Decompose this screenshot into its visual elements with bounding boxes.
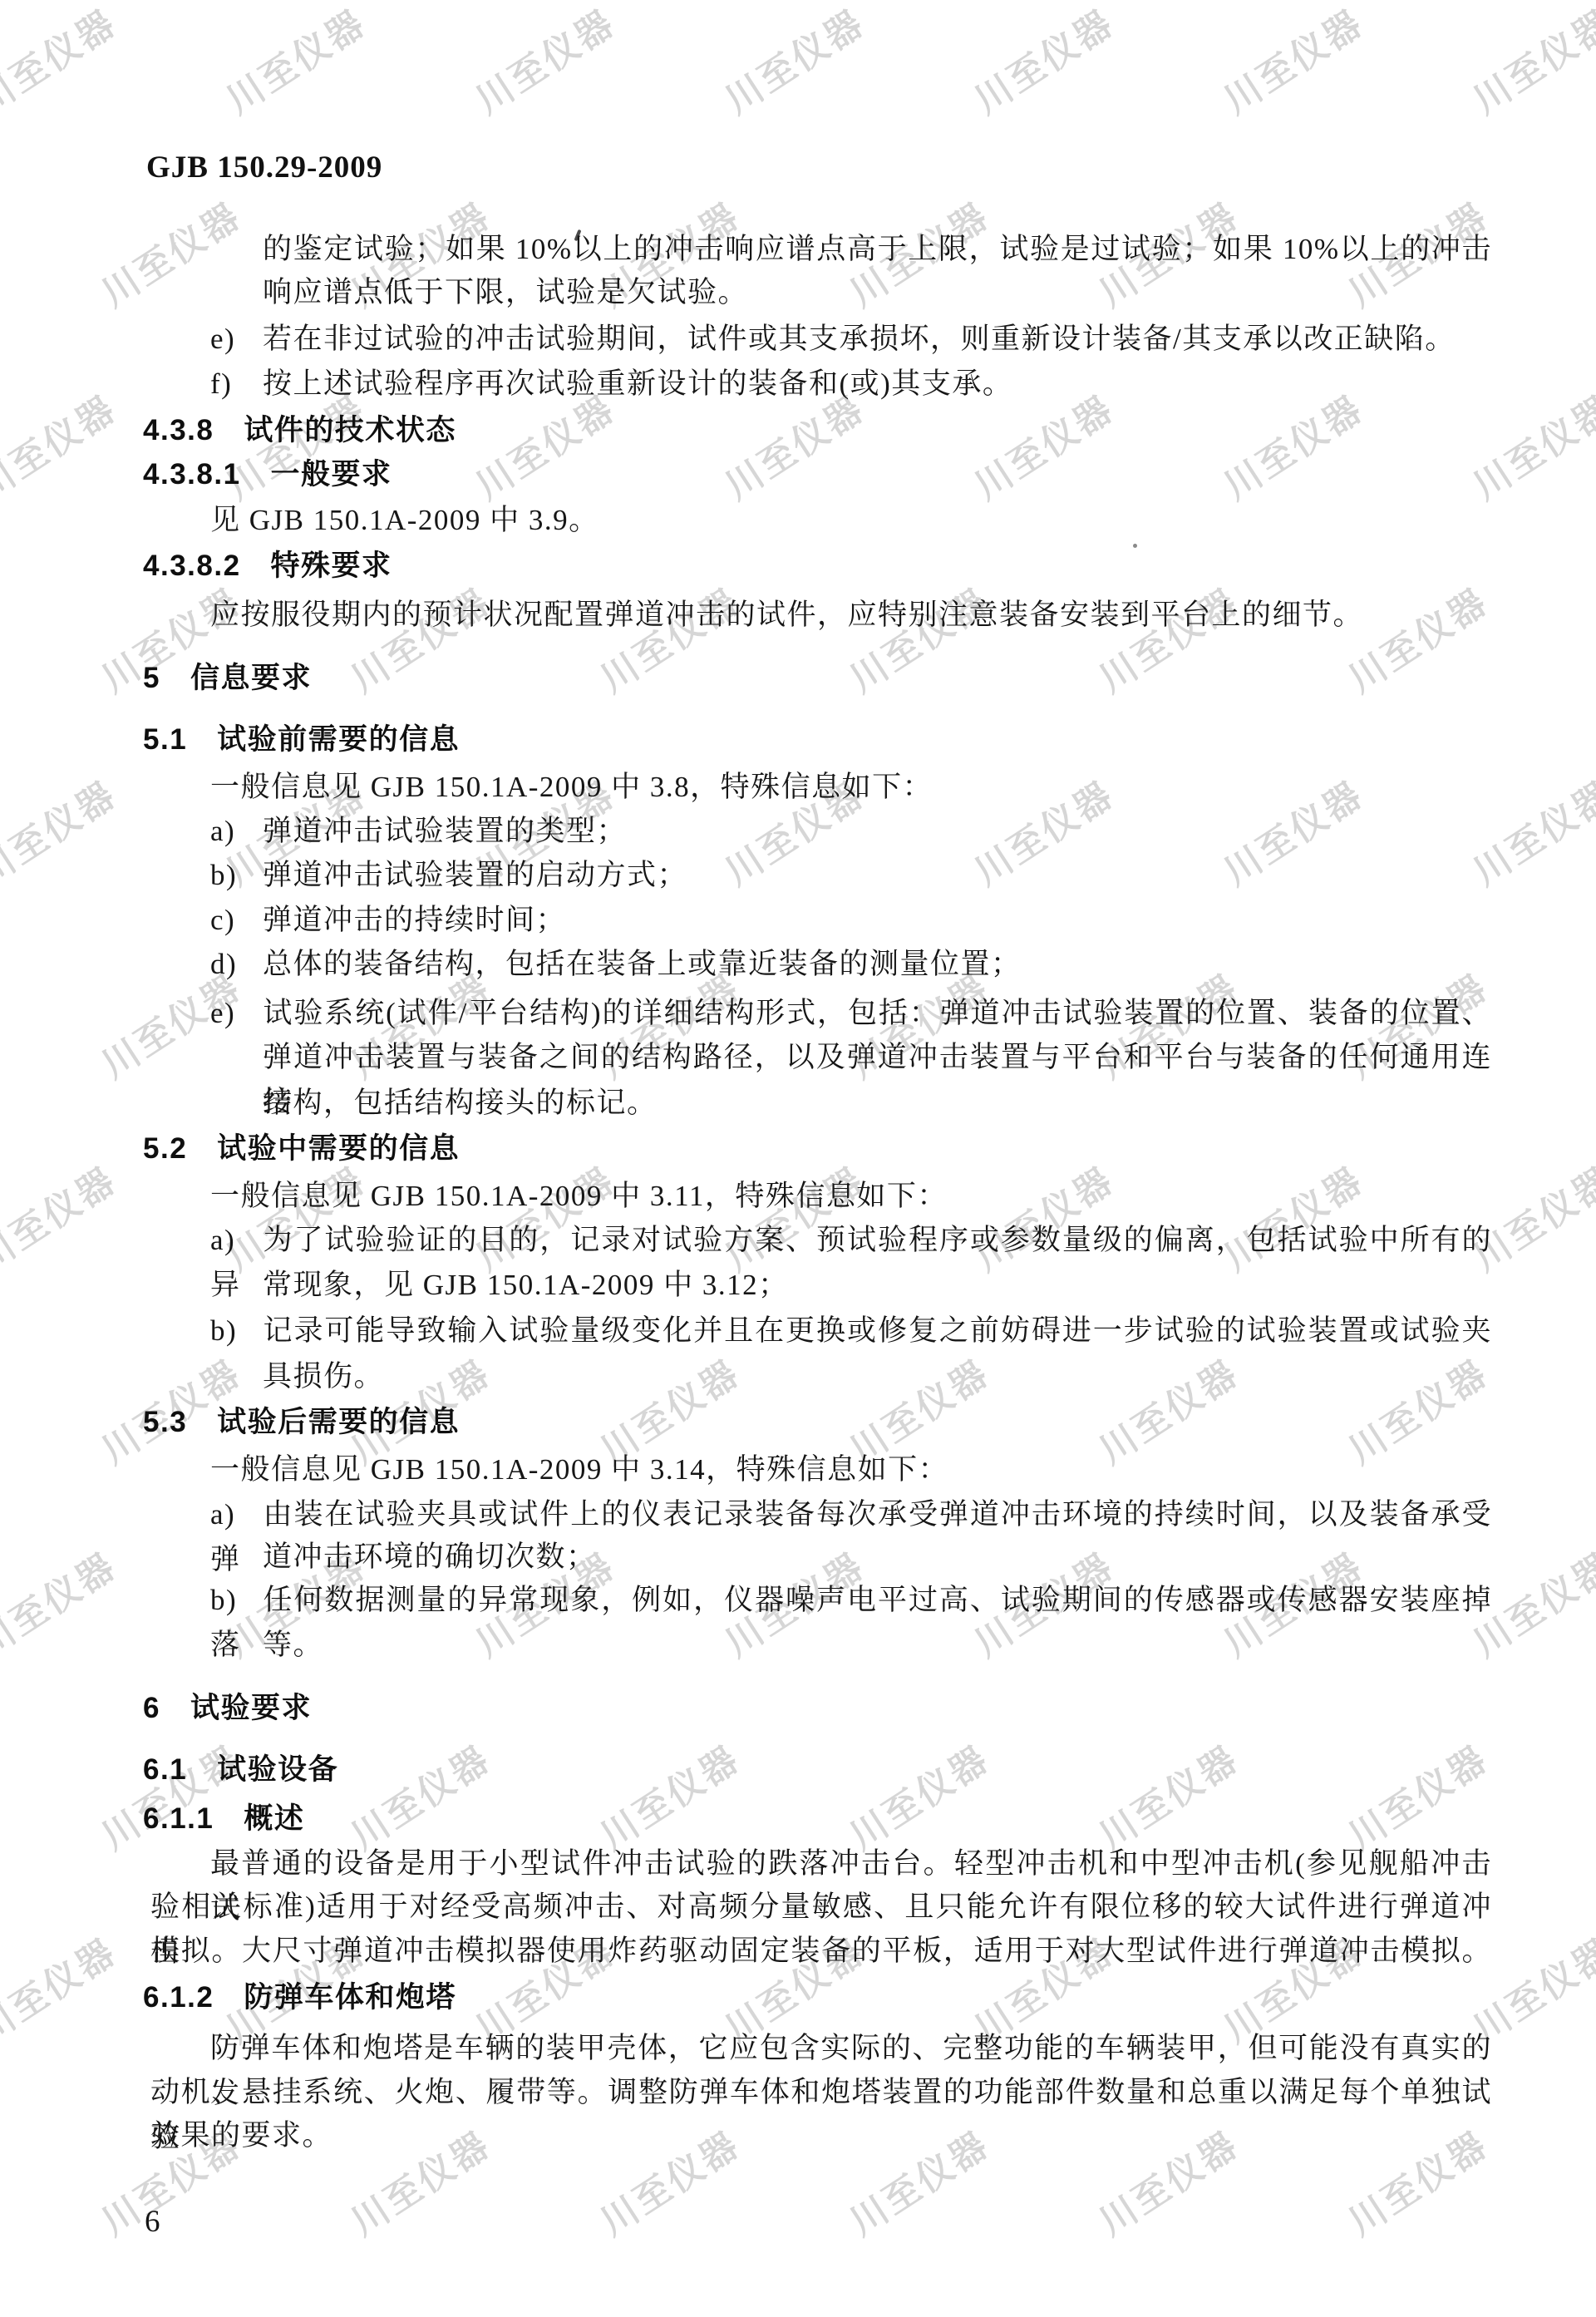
section-title: 试验要求	[190, 1692, 312, 1724]
list-item-label: b)	[210, 853, 263, 898]
section-title: 特殊要求	[271, 550, 392, 582]
list-item-text: 弹道冲击试验装置的类型；	[263, 815, 627, 847]
list-item-label: a)	[210, 1492, 263, 1537]
section-title: 试验前需要的信息	[217, 723, 460, 756]
text-line: 常现象，见 GJB 150.1A-2009 中 3.12；	[263, 1263, 789, 1308]
text-line: 见 GJB 150.1A-2009 中 3.9。	[210, 498, 599, 543]
text-line: c)弹道冲击的持续时间；	[210, 898, 566, 943]
list-item-text: 任何数据测量的异常现象，例如，仪器噪声电平过高、试验期间的传感器或传感器安装座掉…	[210, 1584, 1492, 1661]
list-item-label: a)	[210, 1218, 263, 1263]
section-heading: 6.1.2防弹车体和炮塔	[143, 1975, 456, 2020]
text-line: 一般信息见 GJB 150.1A-2009 中 3.8，特殊信息如下：	[210, 765, 933, 810]
text-line: 的鉴定试验；如果 10%以上的冲击响应谱点高于上限，试验是过试验；如果 10%以…	[263, 227, 1492, 272]
text-line: 应按服役期内的预计状况配置弹道冲击的试件，应特别注意装备安装到平台上的细节。	[210, 593, 1363, 638]
list-item-text: 试验系统(试件/平台结构)的详细结构形式，包括：弹道冲击试验装置的位置、装备的位…	[263, 997, 1492, 1029]
list-item-text: 按上述试验程序再次试验重新设计的装备和(或)其支承。	[263, 367, 1012, 400]
list-item-label: e)	[210, 991, 263, 1036]
section-title: 试验中需要的信息	[217, 1132, 460, 1165]
list-item-text: 弹道冲击的持续时间；	[263, 904, 566, 936]
section-number: 4.3.8.2	[143, 550, 241, 582]
list-item-label: b)	[210, 1578, 263, 1623]
list-item-label: a)	[210, 809, 263, 854]
section-number: 5.2	[143, 1132, 187, 1165]
section-heading: 5.2试验中需要的信息	[143, 1126, 460, 1171]
text-line: 等。	[263, 1623, 323, 1668]
section-heading: 6试验要求	[143, 1686, 312, 1731]
text-line: 一般信息见 GJB 150.1A-2009 中 3.14，特殊信息如下：	[210, 1447, 948, 1492]
section-number: 6.1.1	[143, 1802, 214, 1835]
section-title: 信息要求	[190, 662, 312, 694]
section-title: 防弹车体和炮塔	[244, 1981, 456, 2014]
text-line: 道冲击环境的确切次数；	[263, 1535, 597, 1580]
text-line: b)弹道冲击试验装置的启动方式；	[210, 853, 687, 898]
text-line: 响应谱点低于下限，试验是欠试验。	[263, 270, 748, 315]
section-number: 5.1	[143, 723, 187, 756]
text-line: f)按上述试验程序再次试验重新设计的装备和(或)其支承。	[210, 362, 1012, 407]
text-line: d)总体的装备结构，包括在装备上或靠近装备的测量位置；	[210, 942, 1022, 987]
section-title: 概述	[244, 1802, 304, 1835]
text-line: 模拟。大尺寸弹道冲击模拟器使用炸药驱动固定装备的平板，适用于对大型试件进行弹道冲…	[150, 1929, 1492, 1974]
section-number: 5.3	[143, 1406, 187, 1438]
text-line: 效果的要求。	[150, 2113, 332, 2158]
list-item-text: 总体的装备结构，包括在装备上或靠近装备的测量位置；	[263, 948, 1022, 980]
text-line: 具损伤。	[263, 1354, 384, 1399]
section-heading: 4.3.8.2特殊要求	[143, 544, 392, 589]
text-line: b)任何数据测量的异常现象，例如，仪器噪声电平过高、试验期间的传感器或传感器安装…	[210, 1578, 1492, 1668]
section-title: 试验设备	[217, 1753, 338, 1786]
text-line: b)记录可能导致输入试验量级变化并且在更换或修复之前妨碍进一步试验的试验装置或试…	[210, 1309, 1492, 1353]
section-heading: 5.3试验后需要的信息	[143, 1400, 460, 1445]
list-item-text: 弹道冲击试验装置的启动方式；	[263, 859, 687, 891]
text-line: 结构，包括结构接头的标记。	[263, 1081, 658, 1126]
section-title: 一般要求	[271, 458, 392, 491]
list-item-label: c)	[210, 898, 263, 943]
list-item-label: b)	[210, 1309, 263, 1353]
section-heading: 6.1.1概述	[143, 1797, 304, 1841]
text-line: a)弹道冲击试验装置的类型；	[210, 809, 627, 854]
document-content: 的鉴定试验；如果 10%以上的冲击响应谱点高于上限，试验是过试验；如果 10%以…	[0, 0, 1596, 2317]
list-item-label: d)	[210, 942, 263, 987]
section-number: 6.1.2	[143, 1981, 214, 2014]
section-number: 4.3.8	[143, 414, 214, 446]
section-heading: 4.3.8.1一般要求	[143, 452, 392, 497]
section-title: 试验后需要的信息	[217, 1406, 460, 1438]
list-item-text: 若在非过试验的冲击试验期间，试件或其支承损坏，则重新设计装备/其支承以改正缺陷。	[263, 323, 1456, 355]
section-number: 6.1	[143, 1753, 187, 1786]
text-line: e)试验系统(试件/平台结构)的详细结构形式，包括：弹道冲击试验装置的位置、装备…	[210, 991, 1492, 1036]
list-item-label: f)	[210, 362, 263, 407]
scanned-document-page: 川至仪器川至仪器川至仪器川至仪器川至仪器川至仪器川至仪器川至仪器川至仪器川至仪器…	[0, 0, 1596, 2317]
section-heading: 5信息要求	[143, 656, 312, 701]
section-heading: 6.1试验设备	[143, 1748, 338, 1792]
text-line: 一般信息见 GJB 150.1A-2009 中 3.11，特殊信息如下：	[210, 1174, 948, 1219]
section-title: 试件的技术状态	[244, 414, 456, 446]
section-number: 6	[143, 1692, 160, 1724]
section-heading: 5.1试验前需要的信息	[143, 717, 460, 762]
section-number: 4.3.8.1	[143, 458, 241, 491]
section-heading: 4.3.8试件的技术状态	[143, 408, 456, 453]
text-line: e)若在非过试验的冲击试验期间，试件或其支承损坏，则重新设计装备/其支承以改正缺…	[210, 317, 1456, 362]
page-number: 6	[145, 2201, 160, 2243]
list-item-text: 记录可能导致输入试验量级变化并且在更换或修复之前妨碍进一步试验的试验装置或试验夹	[263, 1314, 1492, 1347]
section-number: 5	[143, 662, 160, 694]
list-item-label: e)	[210, 317, 263, 362]
text-line: 动机、悬挂系统、火炮、履带等。调整防弹车体和炮塔装置的功能部件数量和总重以满足每…	[150, 2070, 1492, 2160]
